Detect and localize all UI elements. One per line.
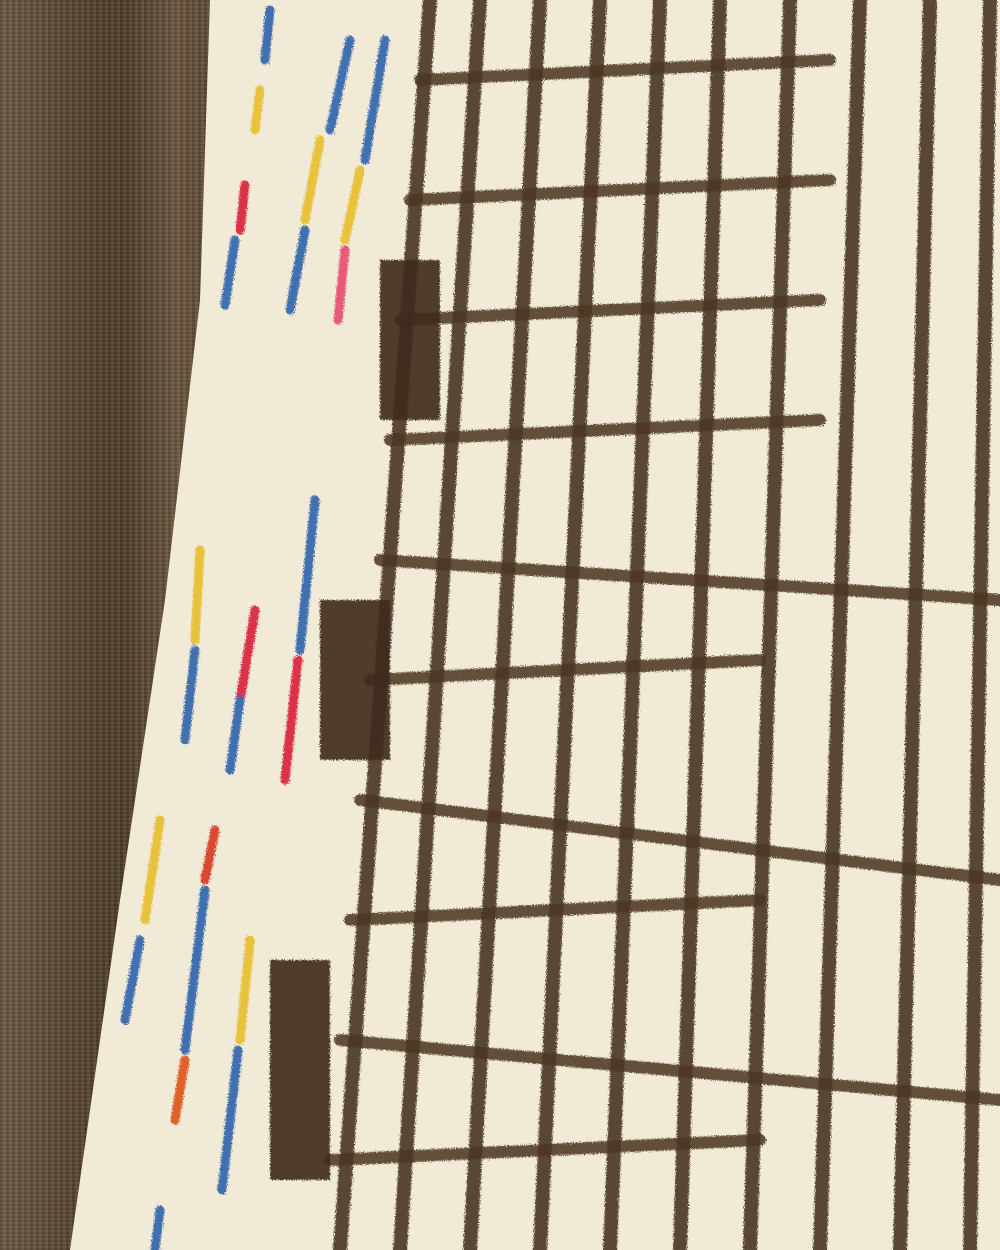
rug-pattern (0, 0, 1000, 1250)
rug-photo (0, 0, 1000, 1250)
